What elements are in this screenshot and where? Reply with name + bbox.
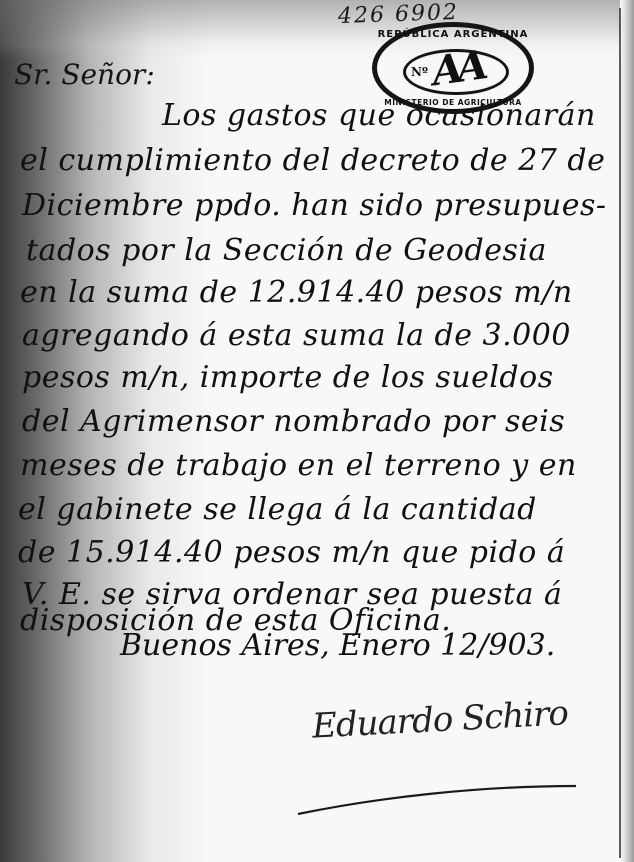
body-line: pesos m/n, importe de los sueldos bbox=[22, 360, 554, 395]
body-line: el gabinete se llega á la cantidad bbox=[18, 492, 537, 527]
scanned-page: 426 6902 REPÚBLICA ARGENTINA Nº AA MINIS… bbox=[0, 0, 634, 862]
body-line: del Agrimensor nombrado por seis bbox=[22, 404, 565, 439]
stamp-top-text: REPÚBLICA ARGENTINA bbox=[377, 29, 529, 40]
body-line: el cumplimiento del decreto de 27 de bbox=[20, 143, 605, 178]
body-line: Diciembre ppdo. han sido presupues- bbox=[22, 188, 606, 223]
top-scan-shadow bbox=[0, 0, 634, 60]
signature-underline-icon bbox=[296, 778, 578, 818]
stamp-number-label: Nº bbox=[411, 65, 428, 79]
salutation: Sr. Señor: bbox=[14, 58, 155, 91]
stamp-handwritten-mark-icon: AA bbox=[429, 42, 485, 96]
body-line: Los gastos que ocasionarán bbox=[162, 98, 596, 133]
body-line: de 15.914.40 pesos m/n que pido á bbox=[18, 535, 565, 570]
body-line: en la suma de 12.914.40 pesos m/n bbox=[20, 275, 573, 310]
body-line: agregando á esta suma la de 3.000 bbox=[22, 318, 571, 353]
body-line: meses de trabajo en el terreno y en bbox=[20, 448, 577, 483]
body-line: tados por la Sección de Geodesia bbox=[26, 233, 547, 268]
right-page-edge bbox=[620, 0, 634, 862]
place-and-date: Buenos Aires, Enero 12/903. bbox=[120, 628, 555, 663]
right-margin-line bbox=[619, 8, 621, 858]
signature: Eduardo Schiro bbox=[311, 693, 569, 746]
